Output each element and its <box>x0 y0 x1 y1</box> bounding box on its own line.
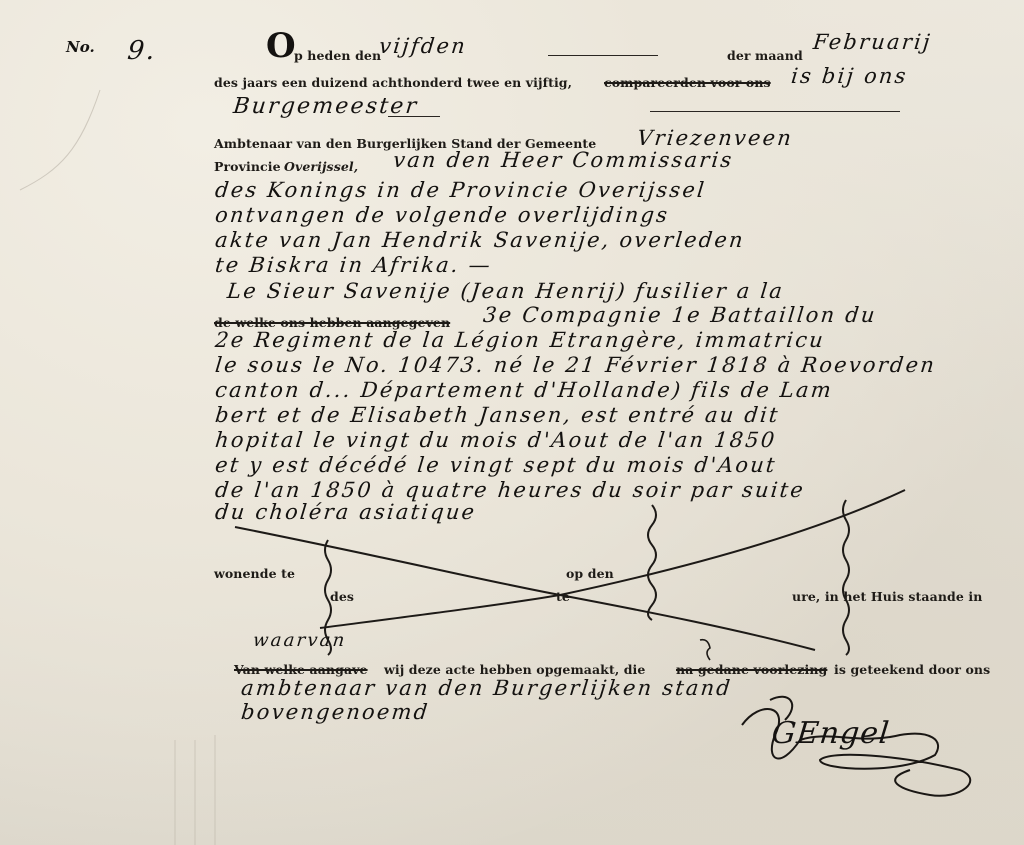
handwritten-waarvan: waarvan <box>252 630 348 651</box>
handwritten-line: te Biskra in Afrika. — <box>214 253 493 277</box>
handwritten-line: du choléra asiatique <box>214 500 478 524</box>
printed-is-geteekend: is geteekend door ons <box>834 662 990 677</box>
handwritten-line: hopital le vingt du mois d'Aout de l'an … <box>214 428 778 452</box>
printed-op-heden-den: p heden den <box>294 48 381 63</box>
handwritten-bovengenoemd: bovengenoemd <box>240 700 431 724</box>
printed-wij-deze-acte: wij deze acte hebben opgemaakt, die <box>384 662 645 677</box>
handwritten-day: vijfden <box>378 34 468 58</box>
handwritten-gemeente: Vriezenveen <box>636 126 794 150</box>
blank-rule <box>388 116 440 117</box>
handwritten-line: bert et de Elisabeth Jansen, est entré a… <box>214 403 781 427</box>
handwritten-line: de l'an 1850 à quatre heures du soir par… <box>214 478 806 502</box>
struck-na-gedane-voorlezing: na gedane voorlezing <box>676 662 827 677</box>
struck-compareerden: compareerden voor ons <box>604 75 771 90</box>
printed-op-den: op den <box>566 566 614 581</box>
blank-rule <box>650 111 900 112</box>
handwritten-line: le sous le No. 10473. né le 21 Février 1… <box>214 353 937 377</box>
handwritten-compagnie: 3e Compagnie 1e Battaillon du <box>482 303 878 327</box>
struck-van-welke-aangave: Van welke aangave <box>234 662 368 677</box>
handwritten-line: des Konings in de Provincie Overijssel <box>214 178 707 202</box>
handwritten-line: et y est décédé le vingt sept du mois d'… <box>214 453 778 477</box>
handwritten-line: 2e Regiment de la Légion Etrangère, imma… <box>214 328 826 352</box>
handwritten-ambtenaar: ambtenaar van den Burgerlijken stand <box>240 676 733 700</box>
printed-der-maand: der maand <box>727 48 803 63</box>
handwritten-line: canton d... Département d'Hollande) fils… <box>214 378 834 402</box>
signature: GEngel <box>770 716 891 751</box>
printed-te: te <box>556 589 570 604</box>
document-number-label: No. <box>66 38 95 56</box>
printed-provincie: Provincie <box>214 159 281 174</box>
blank-rule <box>548 55 658 56</box>
handwritten-line: Le Sieur Savenije (Jean Henrij) fusilier… <box>226 279 785 303</box>
printed-wonende-te: wonende te <box>214 566 295 581</box>
document-number-value: 9. <box>126 36 158 66</box>
printed-uure-huis: ure, in het Huis staande in <box>792 589 982 604</box>
handwritten-line: ontvangen de volgende overlijdings <box>214 203 670 227</box>
drop-cap: O <box>266 26 296 66</box>
printed-province-name: Overijssel, <box>284 159 358 174</box>
printed-year-line: des jaars een duizend achthonderd twee e… <box>214 75 572 90</box>
printed-des: des <box>330 589 354 604</box>
handwritten-van-den-heer: van den Heer Commissaris <box>392 148 735 172</box>
handwritten-month: Februarij <box>812 30 933 54</box>
document-page: No. 9. O p heden den vijfden der maand F… <box>0 0 1024 845</box>
handwritten-is-bij-ons: is bij ons <box>790 64 909 88</box>
handwritten-line: akte van Jan Hendrik Savenije, overleden <box>214 228 746 252</box>
